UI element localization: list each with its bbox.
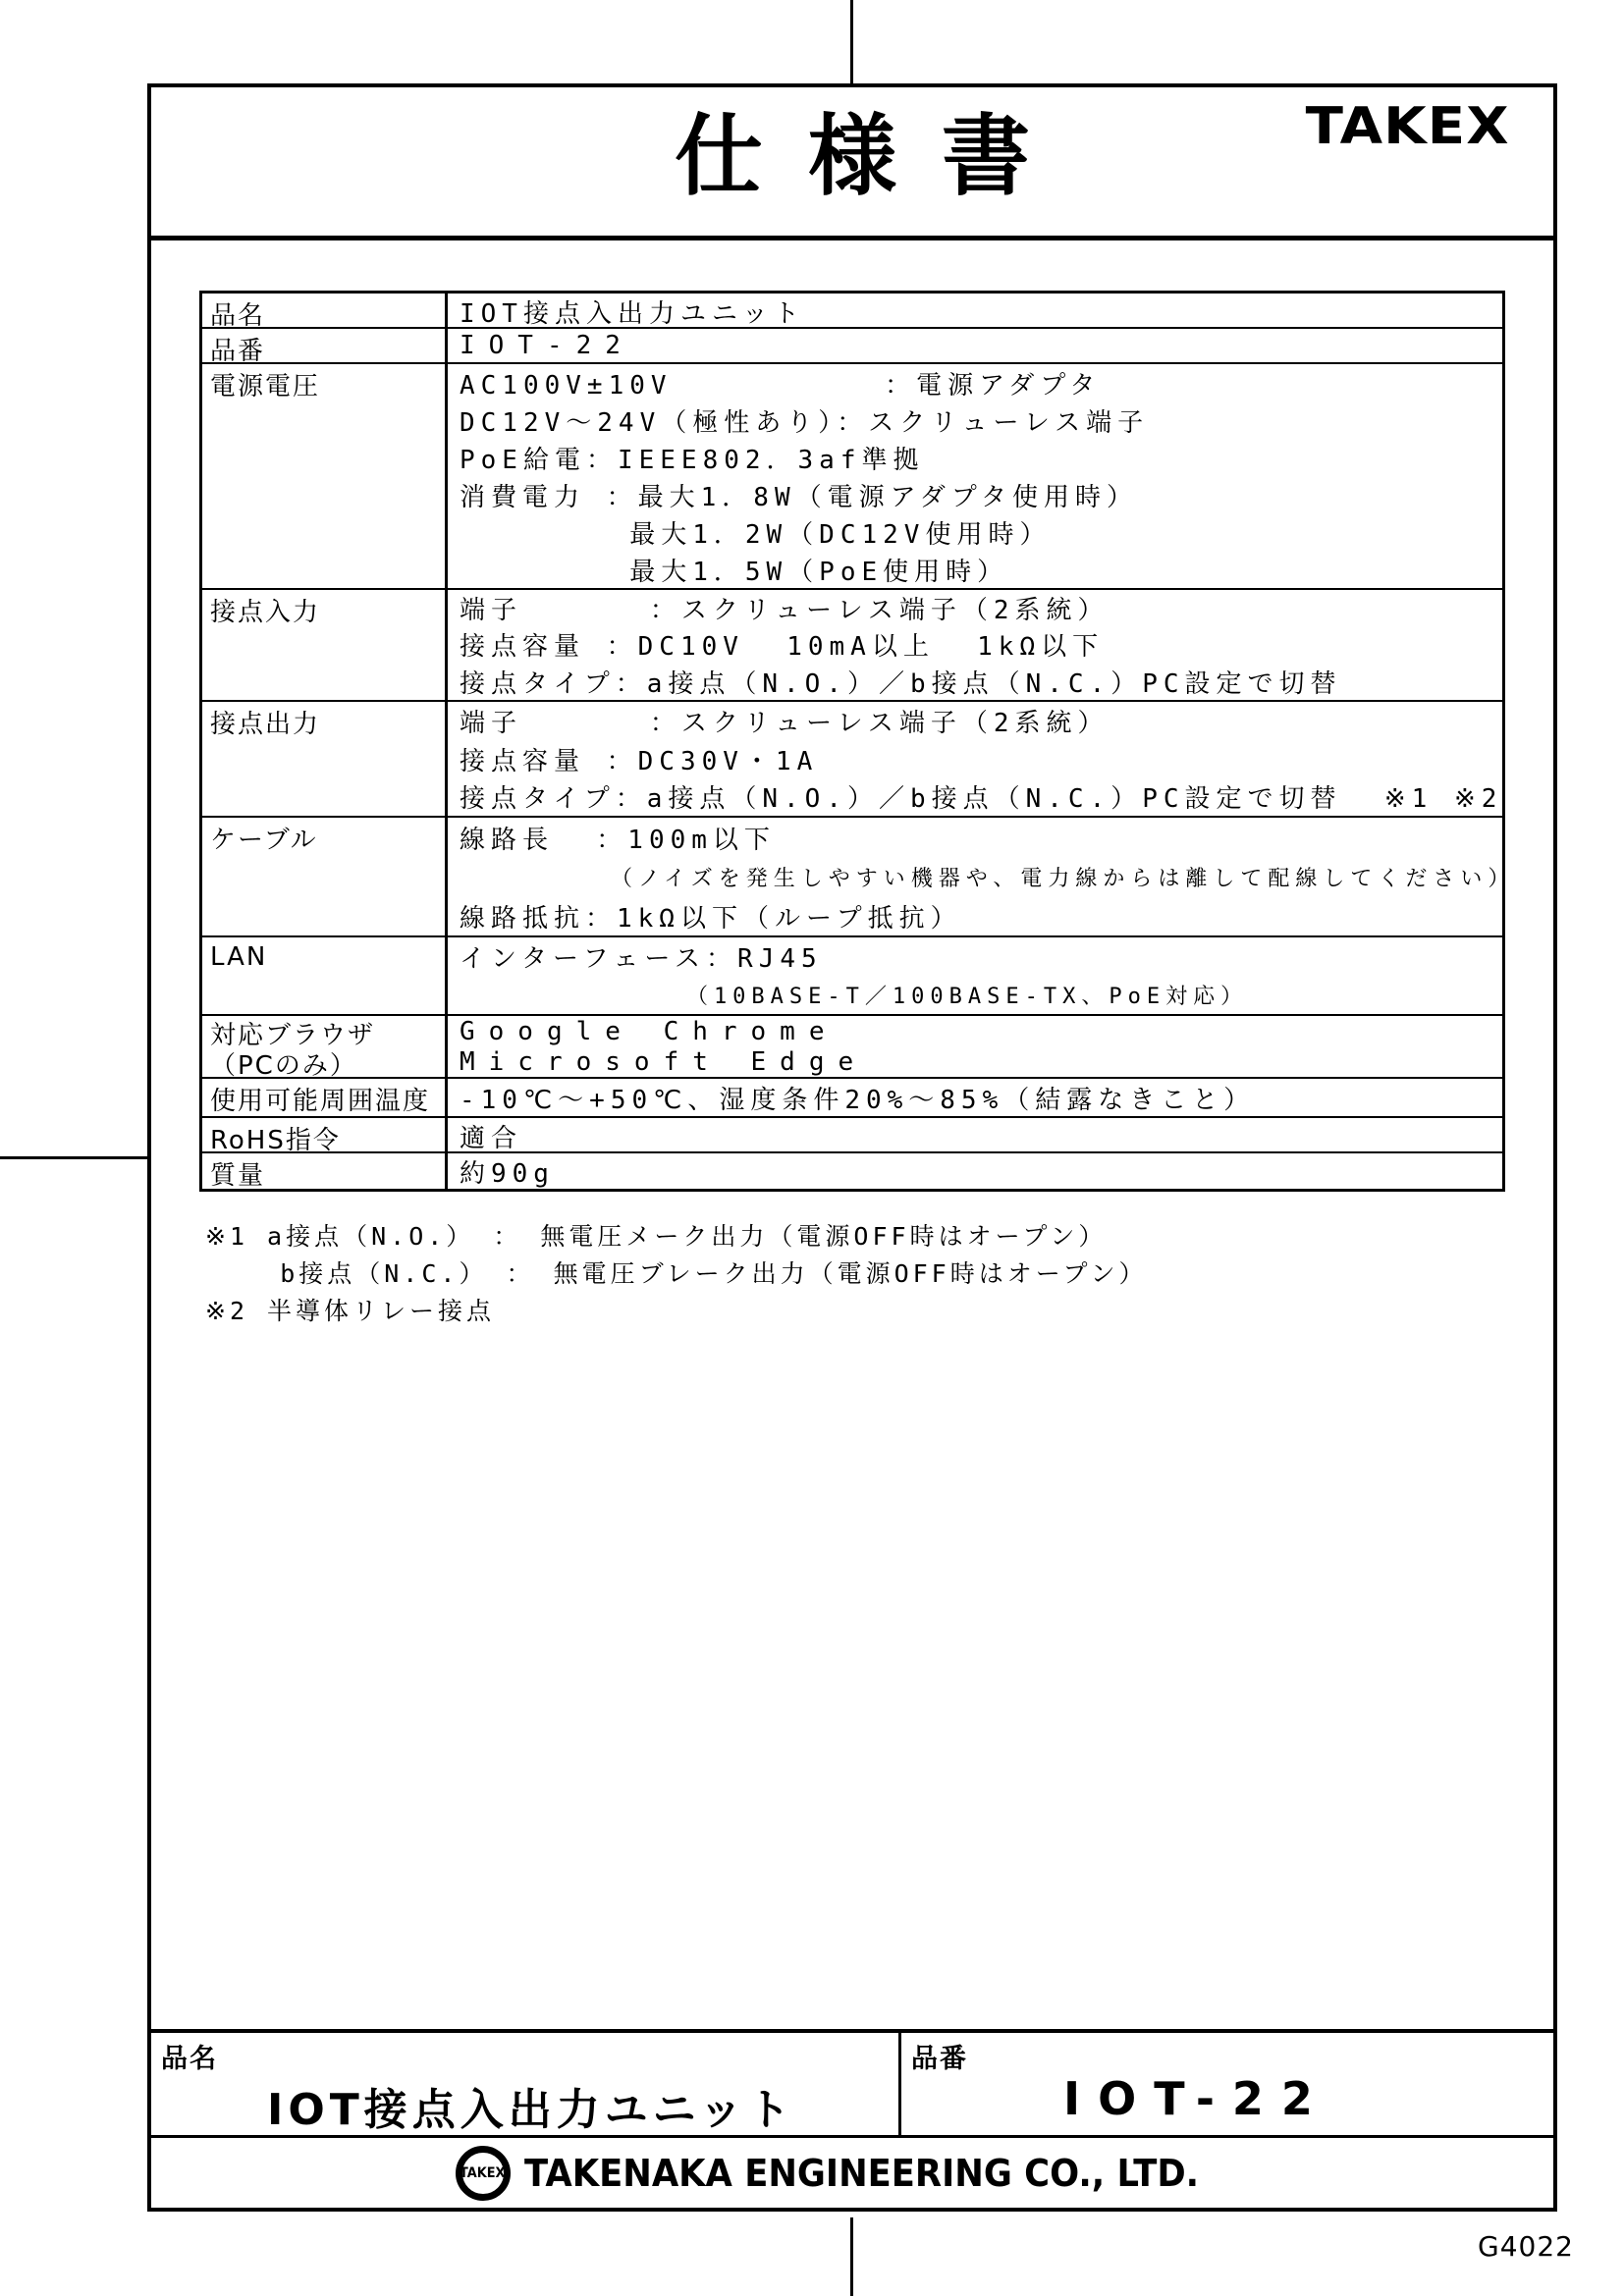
row-label: 接点入力	[210, 592, 441, 627]
row-value-line: 最大1．2W（DC12V使用時）	[448, 513, 1502, 551]
company-band: TAKEX TAKENAKA ENGINEERING CO., LTD.	[151, 2138, 1553, 2208]
row-value-line: 端子 ：スクリューレス端子（2系統）	[448, 702, 1502, 740]
row-label: LAN	[210, 939, 441, 975]
row-value-line: 端子 ：スクリューレス端子（2系統）	[448, 590, 1502, 626]
row-label: 品番	[210, 331, 441, 366]
spec-row-temperature: 使用可能周囲温度 -10℃～+50℃、湿度条件20%～85%（結露なきこと）	[202, 1077, 1502, 1116]
footer-product-number-cell: 品番 IOT-22	[901, 2033, 1553, 2135]
row-value-line: IOT接点入出力ユニット	[448, 294, 1502, 330]
row-value-line: （ノイズを発生しやすい機器や、電力線からは離して配線してください）	[448, 857, 1515, 896]
row-label-line2: （PCのみ）	[210, 1048, 441, 1079]
row-value-line: 線路長 ：100m以下	[448, 818, 1515, 857]
row-value-line: 適合	[448, 1118, 1502, 1154]
page-border: 仕様書 TAKEX 品名 IOT接点入出力ユニット 品番 IOT-22 電源電圧…	[147, 83, 1557, 2212]
row-value-line: 接点タイプ：a接点（N.O.）／b接点（N.C.）PC設定で切替	[448, 664, 1502, 700]
row-label: 接点出力	[210, 704, 441, 739]
row-label: 電源電圧	[210, 366, 441, 401]
spec-row-rohs: RoHS指令 適合	[202, 1116, 1502, 1151]
spec-row-product-name: 品名 IOT接点入出力ユニット	[202, 294, 1502, 327]
spec-row-weight: 質量 約90g	[202, 1151, 1502, 1189]
row-value-line: 最大1．5W（PoE使用時）	[448, 551, 1502, 588]
row-value-line: 接点容量 ：DC10V 10mA以上 1kΩ以下	[448, 626, 1502, 663]
row-label: 質量	[210, 1155, 441, 1191]
row-label: 対応ブラウザ	[210, 1018, 441, 1048]
crop-mark-bottom	[850, 2217, 853, 2296]
row-value-line: Microsoft Edge	[448, 1046, 1502, 1077]
takex-circle-logo-text: TAKEX	[460, 2166, 505, 2180]
row-label: 使用可能周囲温度	[210, 1081, 441, 1116]
row-value-line: 接点容量 ：DC30V・1A	[448, 740, 1502, 778]
row-value-line: DC12V～24V（極性あり）：スクリューレス端子	[448, 401, 1502, 439]
row-value-line: 約90g	[448, 1153, 1502, 1190]
crop-mark-top	[850, 0, 853, 85]
footnote-2: ※2 半導体リレー接点	[205, 1291, 1147, 1328]
spec-sheet-page: 仕様書 TAKEX 品名 IOT接点入出力ユニット 品番 IOT-22 電源電圧…	[0, 0, 1624, 2296]
company-name: TAKENAKA ENGINEERING CO., LTD.	[524, 2152, 1199, 2195]
footnotes: ※1 a接点（N.O.） ： 無電圧メーク出力（電源OFF時はオープン） b接点…	[205, 1216, 1147, 1328]
row-label: ケーブル	[210, 820, 441, 855]
row-label: RoHS指令	[210, 1120, 441, 1155]
row-value-line: -10℃～+50℃、湿度条件20%～85%（結露なきこと）	[448, 1079, 1502, 1116]
crop-mark-left	[0, 1156, 149, 1159]
spec-row-contact-output: 接点出力 端子 ：スクリューレス端子（2系統） 接点容量 ：DC30V・1A 接…	[202, 700, 1502, 816]
footer-product-name-value: IOT接点入出力ユニット	[267, 2074, 795, 2137]
row-value-line: 線路抵抗：1kΩ以下（ループ抵抗）	[448, 896, 1515, 935]
footnote-1b: b接点（N.C.） ： 無電圧ブレーク出力（電源OFF時はオープン）	[205, 1254, 1147, 1291]
spec-row-browser: 対応ブラウザ （PCのみ） Google Chrome Microsoft Ed…	[202, 1014, 1502, 1077]
footer-product-name-label: 品名	[161, 2037, 218, 2075]
footer-product-number-label: 品番	[911, 2037, 968, 2075]
row-value-line: AC100V±10V ：電源アダプタ	[448, 364, 1502, 401]
row-value-line: インターフェース：RJ45	[448, 937, 1502, 976]
row-label: 品名	[210, 295, 441, 331]
spec-row-power-voltage: 電源電圧 AC100V±10V ：電源アダプタ DC12V～24V（極性あり）：…	[202, 362, 1502, 588]
header-divider	[151, 236, 1553, 240]
spec-row-product-number: 品番 IOT-22	[202, 327, 1502, 362]
row-value-line: Google Chrome	[448, 1016, 1502, 1046]
footer-title-block: 品名 IOT接点入出力ユニット 品番 IOT-22	[151, 2029, 1553, 2138]
row-value-line: （10BASE-T／100BASE-TX、PoE対応）	[448, 976, 1502, 1014]
footnote-1: ※1 a接点（N.O.） ： 無電圧メーク出力（電源OFF時はオープン）	[205, 1216, 1147, 1254]
spec-row-cable: ケーブル 線路長 ：100m以下 （ノイズを発生しやすい機器や、電力線からは離し…	[202, 816, 1502, 935]
doc-code: G4022	[1478, 2230, 1574, 2263]
spec-table: 品名 IOT接点入出力ユニット 品番 IOT-22 電源電圧 AC100V±10…	[199, 291, 1505, 1192]
takex-circle-logo: TAKEX	[456, 2146, 511, 2201]
row-value-line: PoE給電：IEEE802．3af準拠	[448, 439, 1502, 476]
footer-product-name-cell: 品名 IOT接点入出力ユニット	[151, 2033, 901, 2135]
spec-row-contact-input: 接点入力 端子 ：スクリューレス端子（2系統） 接点容量 ：DC10V 10mA…	[202, 588, 1502, 700]
footer-product-number-value: IOT-22	[1063, 2072, 1330, 2125]
row-value-line: IOT-22	[448, 329, 1502, 362]
spec-row-lan: LAN インターフェース：RJ45 （10BASE-T／100BASE-TX、P…	[202, 935, 1502, 1014]
takex-logo: TAKEX	[1306, 101, 1510, 152]
row-value-line: 接点タイプ：a接点（N.O.）／b接点（N.C.）PC設定で切替 ※1 ※2	[448, 777, 1502, 816]
row-value-line: 消費電力 ：最大1．8W（電源アダプタ使用時）	[448, 476, 1502, 513]
